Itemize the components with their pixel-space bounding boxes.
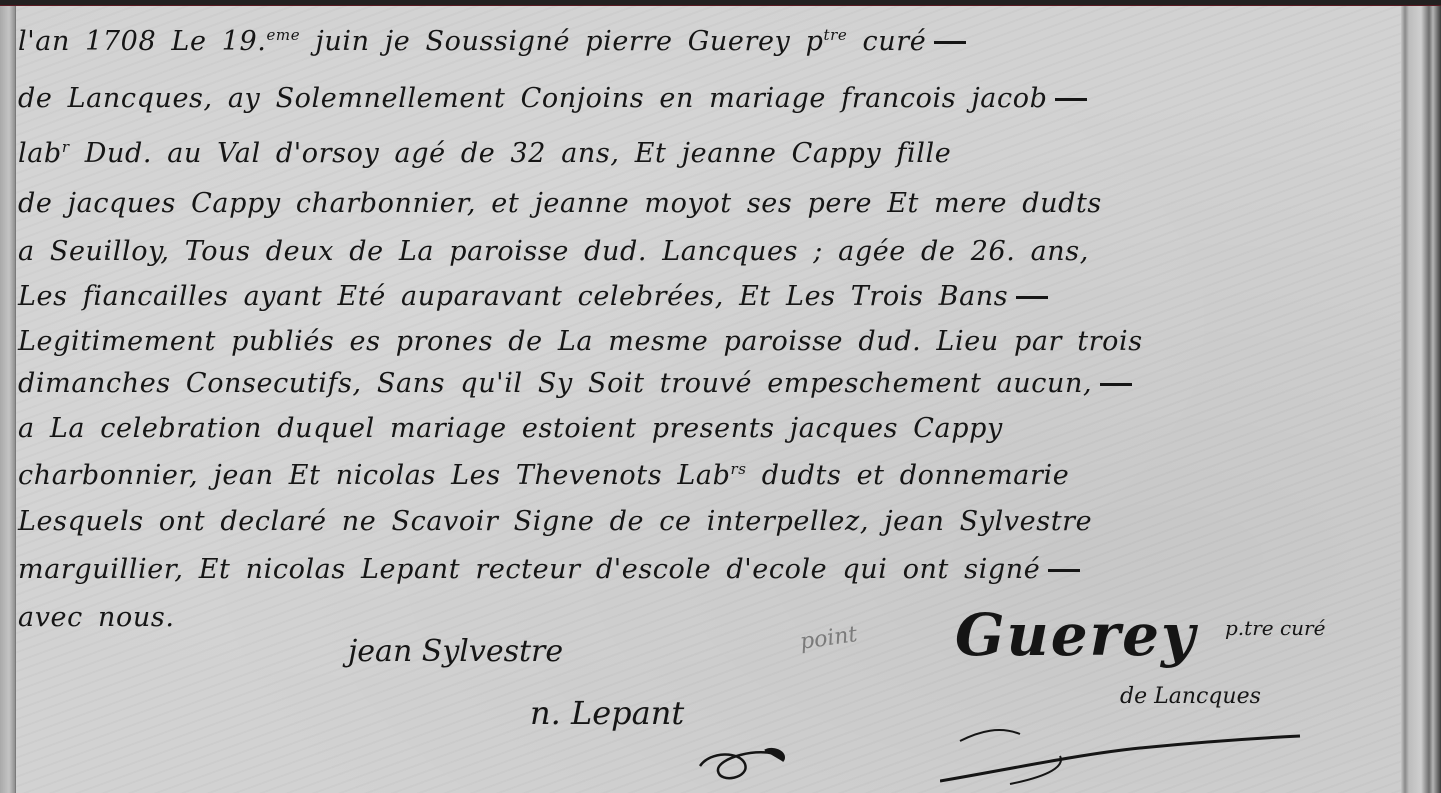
line-text: curé (847, 26, 926, 57)
line-text: Dud. au Val d'orsoy agé de 32 ans, Et je… (70, 138, 952, 169)
line-filler-dash (1048, 569, 1080, 572)
signature-priest-guerey: Guerey (955, 601, 1197, 669)
margin-annotation: point (799, 622, 859, 655)
lepant-flourish-icon (690, 726, 800, 786)
line-text: de jacques Cappy charbonnier, et jeanne … (18, 188, 1102, 219)
record-line-12: marguillier, Et nicolas Lepant recteur d… (18, 554, 1080, 585)
record-line-3: labr Dud. au Val d'orsoy agé de 32 ans, … (18, 138, 951, 169)
record-line-5: a Seuilloy, Tous deux de La paroisse dud… (18, 236, 1089, 267)
line-text: avec nous. (18, 602, 175, 633)
line-text: Lesquels ont declaré ne Scavoir Signe de… (18, 506, 1092, 537)
line-text: lab (18, 138, 62, 169)
line-text: Les fiancailles ayant Eté auparavant cel… (18, 281, 1008, 312)
record-line-7: Legitimement publiés es prones de La mes… (18, 326, 1143, 357)
record-line-11: Lesquels ont declaré ne Scavoir Signe de… (18, 506, 1092, 537)
signature-priest-parish: de Lancques (1120, 684, 1261, 709)
record-line-9: a La celebration duquel mariage estoient… (18, 413, 1003, 444)
superscript: eme (266, 26, 300, 44)
scanned-register-page: l'an 1708 Le 19.eme juin je Soussigné pi… (0, 6, 1441, 793)
superscript: rs (730, 460, 746, 478)
line-text: de Lancques, ay Solemnellement Conjoins … (18, 83, 1047, 114)
line-text: l'an 1708 Le 19. (18, 26, 266, 57)
line-filler-dash (934, 41, 966, 44)
page-right-edge (1401, 6, 1441, 793)
document-viewer: l'an 1708 Le 19.eme juin je Soussigné pi… (0, 0, 1441, 793)
record-line-2: de Lancques, ay Solemnellement Conjoins … (18, 83, 1087, 114)
line-text: a Seuilloy, Tous deux de La paroisse dud… (18, 236, 1089, 267)
signature-priest-title: p.tre curé (1225, 616, 1325, 640)
signature-jean-sylvestre: jean Sylvestre (348, 634, 563, 669)
record-line-1: l'an 1708 Le 19.eme juin je Soussigné pi… (18, 26, 966, 57)
line-filler-dash (1100, 383, 1132, 386)
record-line-8: dimanches Consecutifs, Sans qu'il Sy Soi… (18, 368, 1132, 399)
page-binding-edge (0, 6, 16, 793)
line-text: Legitimement publiés es prones de La mes… (18, 326, 1143, 357)
line-text: marguillier, Et nicolas Lepant recteur d… (18, 554, 1040, 585)
superscript: r (62, 138, 70, 156)
line-text: juin je Soussigné pierre Guerey p (300, 26, 823, 57)
line-filler-dash (1016, 296, 1048, 299)
line-filler-dash (1055, 98, 1087, 101)
record-line-6: Les fiancailles ayant Eté auparavant cel… (18, 281, 1048, 312)
line-text: dudts et donnemarie (747, 460, 1070, 491)
superscript: tre (823, 26, 847, 44)
record-line-13: avec nous. (18, 602, 175, 633)
line-text: dimanches Consecutifs, Sans qu'il Sy Soi… (18, 368, 1092, 399)
record-line-10: charbonnier, jean Et nicolas Les Theveno… (18, 460, 1069, 491)
signature-n-lepant: n. Lepant (530, 694, 684, 732)
priest-paraph-icon (940, 726, 1370, 786)
line-text: charbonnier, jean Et nicolas Les Theveno… (18, 460, 730, 491)
line-text: a La celebration duquel mariage estoient… (18, 413, 1003, 444)
record-line-4: de jacques Cappy charbonnier, et jeanne … (18, 188, 1102, 219)
